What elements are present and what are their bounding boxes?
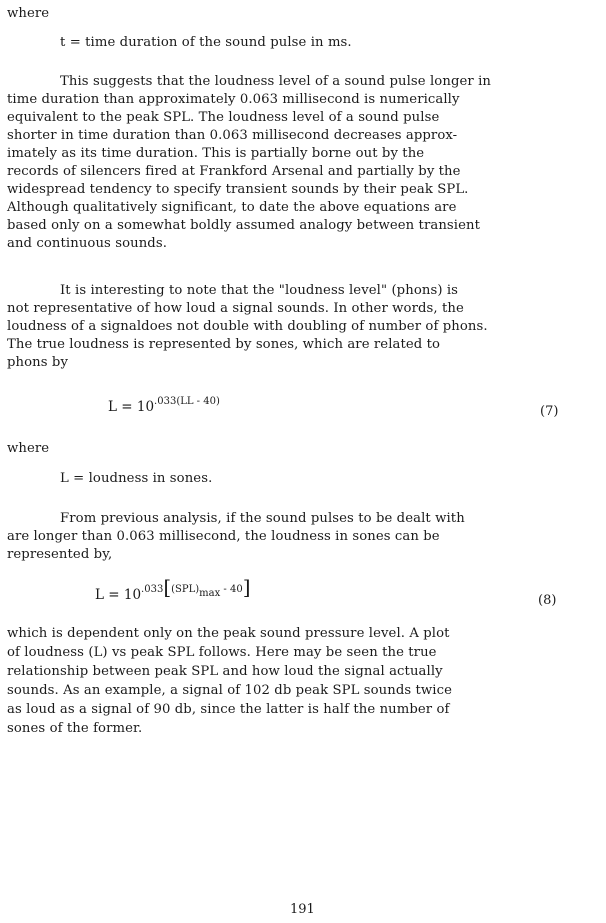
text-line: loudness of a signaldoes not double with… — [7, 319, 488, 335]
page-number: 191 — [290, 902, 315, 917]
text-line: of loudness (L) vs peak SPL follows. Her… — [7, 645, 437, 661]
text-line: records of silencers fired at Frankford … — [7, 164, 461, 180]
definition-t: t = time duration of the sound pulse in … — [60, 35, 352, 51]
text-line: relationship between peak SPL and how lo… — [7, 664, 443, 680]
text-line: imately as its time duration. This is pa… — [7, 146, 424, 162]
text-line: not representative of how loud a signal … — [7, 301, 464, 317]
where-label: where — [7, 441, 49, 457]
text-line: time duration than approximately 0.063 m… — [7, 92, 460, 108]
left-bracket: [ — [163, 575, 171, 599]
equation-tail: - 40 — [220, 584, 242, 595]
text-line: The true loudness is represented by sone… — [7, 337, 440, 353]
text-line: are longer than 0.063 millisecond, the l… — [7, 529, 440, 545]
text-line: shorter in time duration than 0.063 mill… — [7, 128, 457, 144]
definition-L: L = loudness in sones. — [60, 471, 212, 487]
text-line: Although qualitatively significant, to d… — [7, 200, 456, 216]
text-line: widespread tendency to specify transient… — [7, 182, 468, 198]
text-line: as loud as a signal of 90 db, since the … — [7, 702, 450, 718]
right-bracket: ] — [243, 575, 251, 599]
text-line: equivalent to the peak SPL. The loudness… — [7, 110, 439, 126]
equation-exponent: .033(LL - 40) — [154, 396, 220, 407]
where-label: where — [7, 6, 49, 22]
equation-number: (8) — [538, 593, 556, 608]
text-line: which is dependent only on the peak soun… — [7, 626, 450, 642]
text-line: This suggests that the loudness level of… — [60, 74, 491, 90]
text-line: phons by — [7, 355, 68, 371]
text-line: based only on a somewhat boldly assumed … — [7, 218, 480, 234]
text-line: sounds. As an example, a signal of 102 d… — [7, 683, 452, 699]
text-line: From previous analysis, if the sound pul… — [60, 511, 465, 527]
text-line: sones of the former. — [7, 721, 142, 737]
equation-lhs: L = 10 — [95, 587, 141, 603]
text-line: and continuous sounds. — [7, 236, 167, 252]
equation-exponent: .033 — [141, 584, 163, 595]
equation-inner: (SPL) — [171, 584, 199, 595]
equation-number: (7) — [540, 404, 558, 419]
equation-lhs: L = 10 — [108, 399, 154, 415]
equation-subscript: max — [199, 588, 220, 599]
text-line: represented by, — [7, 547, 112, 563]
text-line: It is interesting to note that the "loud… — [60, 283, 458, 299]
